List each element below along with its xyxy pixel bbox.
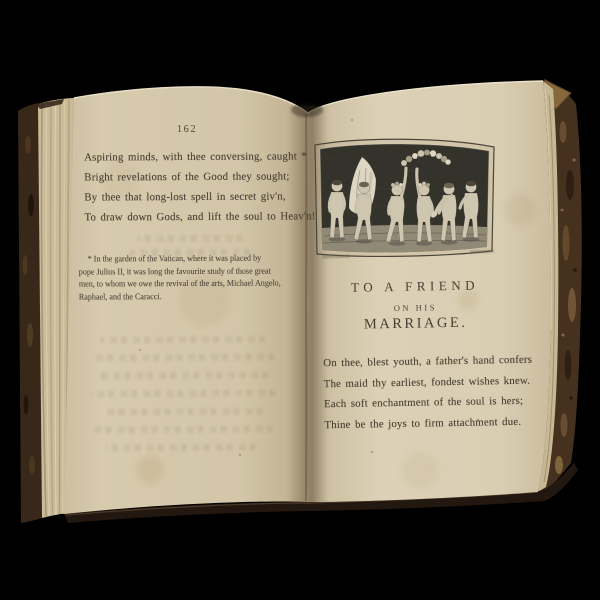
poem-title-line: TO A FRIEND	[331, 277, 499, 296]
bleed-through-line	[95, 426, 273, 434]
verse-line: Aspiring minds, with thee conversing, ca…	[84, 150, 307, 163]
printed-text-layer: 162 Aspiring minds, with thee conversing…	[0, 0, 600, 600]
footnote-line: men, to whom we owe the revival of the a…	[79, 278, 281, 289]
right-page: TO A FRIEND ON HIS MARRIAGE. On thee, bl…	[309, 268, 528, 512]
verse-line: Thine be the joys to firm attachment due…	[324, 415, 521, 430]
engraver-signature-right	[470, 250, 494, 253]
verse-line: By thee that long-lost spell in secret g…	[84, 190, 285, 203]
verse-line: The maid thy earliest, fondest wishes kn…	[324, 374, 531, 390]
left-page: 162 Aspiring minds, with thee conversing…	[59, 114, 313, 515]
poem-title-line: MARRIAGE.	[332, 314, 500, 334]
bleed-through-line	[138, 235, 243, 243]
bleed-through-line	[92, 354, 274, 362]
footnote-line: pope Julius II, it was long the favourit…	[79, 265, 271, 276]
verse-line: To draw down Gods, and lift the soul to …	[84, 210, 315, 223]
bleed-through-line	[106, 444, 256, 452]
bleed-through-line	[100, 336, 265, 344]
engraver-signature-left	[322, 255, 350, 258]
page-number: 162	[165, 124, 209, 135]
verse-line: Each soft enchantment of the soul is her…	[324, 395, 523, 410]
footnote-line: * In the garden of the Vatican, where it…	[88, 253, 262, 264]
verse-line: On thee, blest youth, a father's hand co…	[323, 354, 532, 370]
bleed-through-line	[90, 390, 275, 398]
footnote-line: Raphael, and the Caracci.	[79, 291, 162, 301]
book-photograph: 162 Aspiring minds, with thee conversing…	[0, 0, 600, 600]
bleed-through-line	[102, 408, 262, 416]
bleed-through-line	[98, 372, 268, 380]
verse-line: Bright revelations of the Good they soug…	[84, 170, 289, 183]
poem-title-line: ON HIS	[331, 301, 499, 314]
